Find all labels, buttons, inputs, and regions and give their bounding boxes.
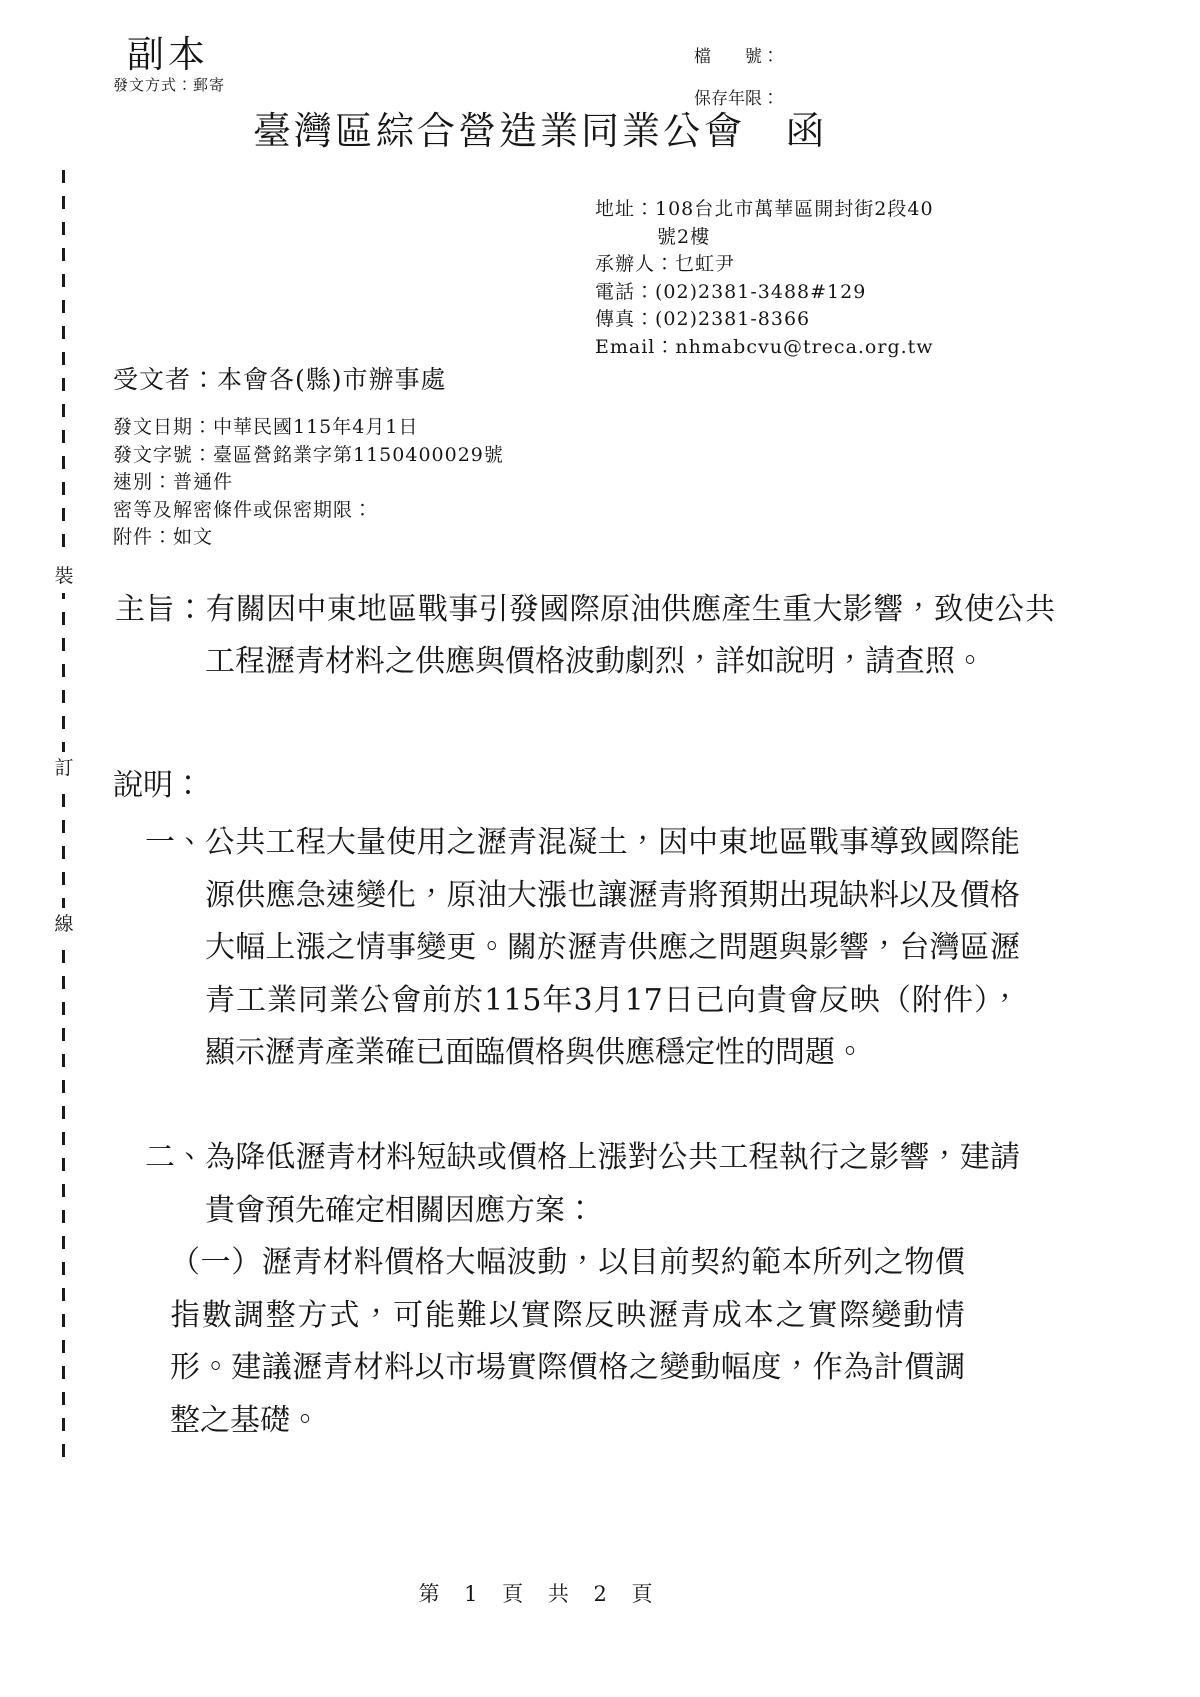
official-letter-page: 副本 發文方式：郵寄 檔 號： 保存年限： 臺灣區綜合營造業同業公會 函 裝 訂… <box>0 0 1200 1697</box>
subject-label: 主旨： <box>115 584 205 636</box>
delivery-method-label: 發文方式：郵寄 <box>113 74 225 95</box>
fax-number: 傳真：(02)2381-8366 <box>595 306 934 334</box>
binding-mark-xian: 線 <box>53 908 74 941</box>
subject-text: 有關因中東地區戰事引發國際原油供應產生重大影響，致使公共工程瀝青材料之供應與價格… <box>205 592 1055 679</box>
subject-paragraph: 主旨：有關因中東地區戰事引發國際原油供應產生重大影響，致使公共工程瀝青材料之供應… <box>115 584 1055 688</box>
priority-level: 速別：普通件 <box>113 469 504 497</box>
explanation-item-1: 一、公共工程大量使用之瀝青混凝土，因中東地區戰事導致國際能源供應急速變化，原油大… <box>145 817 1020 1080</box>
address-line-1: 地址：108台北市萬華區開封街2段40 <box>595 196 934 224</box>
binding-mark-zhuang: 裝 <box>53 560 74 593</box>
page-number-indicator: 第 1 頁 共 2 頁 <box>115 1578 965 1608</box>
item-1-text: 公共工程大量使用之瀝青混凝土，因中東地區戰事導致國際能源供應急速變化，原油大漲也… <box>205 825 1020 1070</box>
item-1-number: 一、 <box>145 817 205 870</box>
item-2-number: 二、 <box>145 1132 205 1185</box>
explanation-subitem-1: （一）瀝青材料價格大幅波動，以目前契約範本所列之物價指數調整方式，可能難以實際反… <box>170 1237 965 1447</box>
explanation-item-2: 二、為降低瀝青材料短缺或價格上漲對公共工程執行之影響，建請貴會預先確定相關因應方… <box>145 1132 1020 1237</box>
document-title: 臺灣區綜合營造業同業公會 函 <box>115 100 965 155</box>
file-number-label: 檔 號： <box>694 42 779 67</box>
binding-mark-ding: 訂 <box>53 752 74 785</box>
attachment-note: 附件：如文 <box>113 524 504 552</box>
document-meta-block: 發文日期：中華民國115年4月1日 發文字號：臺區營銘業字第1150400029… <box>113 414 504 552</box>
address-line-2: 號2樓 <box>595 224 934 252</box>
recipient-line: 受文者：本會各(縣)市辦事處 <box>113 360 447 396</box>
document-number: 發文字號：臺區營銘業字第1150400029號 <box>113 442 504 470</box>
phone-number: 電話：(02)2381-3488#129 <box>595 279 934 307</box>
email-address: Email：nhmabcvu@treca.org.tw <box>595 334 934 362</box>
explanation-heading: 說明： <box>113 760 203 804</box>
issue-date: 發文日期：中華民國115年4月1日 <box>113 414 504 442</box>
security-classification: 密等及解密條件或保密期限： <box>113 497 504 525</box>
subitem-1-number: （一） <box>170 1245 262 1280</box>
item-2-text: 為降低瀝青材料短缺或價格上漲對公共工程執行之影響，建請貴會預先確定相關因應方案： <box>205 1140 1020 1228</box>
sender-contact-block: 地址：108台北市萬華區開封街2段40 號2樓 承辦人：乜虹尹 電話：(02)2… <box>595 196 934 361</box>
binding-dashed-line <box>62 170 65 1462</box>
subitem-1-text: 瀝青材料價格大幅波動，以目前契約範本所列之物價指數調整方式，可能難以實際反映瀝青… <box>170 1245 965 1438</box>
copy-type-label: 副本 <box>127 24 209 78</box>
contact-person: 承辦人：乜虹尹 <box>595 251 934 279</box>
